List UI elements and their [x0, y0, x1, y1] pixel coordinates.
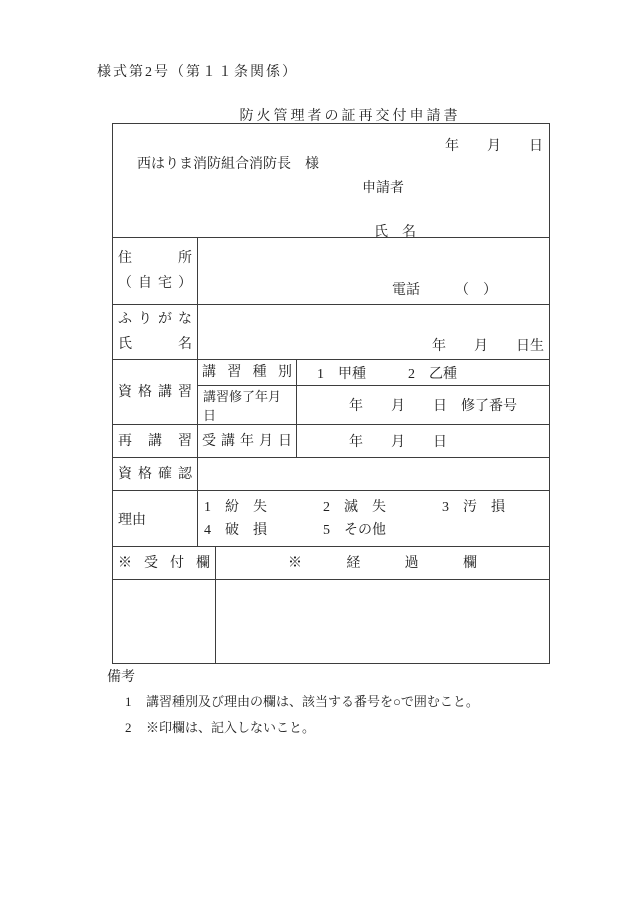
course-type-options-cell: 1 甲種 2 乙種: [297, 360, 549, 385]
course-type-row: 講習種別 1 甲種 2 乙種: [198, 360, 549, 385]
qualification-subrows: 講習種別 1 甲種 2 乙種 講習修了年月日 年 月 日 修了番号: [198, 360, 549, 424]
retraining-date-value-cell: 年 月 日: [297, 425, 549, 457]
reception-column-cell: ※受付欄: [113, 547, 216, 579]
confirmation-row: 資格確認: [113, 457, 549, 490]
address-home-label: （自宅）: [118, 271, 192, 296]
reason-row: 理由 1 紛 失 2 滅 失 3 汚 損 4 破 損 5 その他: [113, 490, 549, 546]
reason-label: 理由: [118, 509, 192, 529]
applicant-name-label: 氏 名: [374, 221, 416, 241]
address-label: 住所: [118, 246, 192, 271]
qualification-course-rows: 資格講習 講習種別 1 甲種 2 乙種 講習修了年月日 年 月: [113, 359, 549, 424]
reason-options-line1: 1 紛 失 2 滅 失 3 汚 損: [198, 496, 549, 519]
progress-column-label: ※経過欄: [216, 551, 549, 576]
course-completion-label-cell: 講習修了年月日: [198, 386, 297, 424]
progress-blank-cell: [216, 580, 549, 663]
retraining-date-label-cell: 受講年月日: [198, 425, 297, 457]
course-type-label-cell: 講習種別: [198, 360, 297, 385]
reason-options-line2: 4 破 損 5 その他: [198, 519, 549, 542]
document-title: 防火管理者の証再交付申請書: [131, 105, 569, 125]
reception-blank-cell: [113, 580, 216, 663]
reason-label-cell: 理由: [113, 491, 198, 546]
note-1-number: 1: [125, 694, 146, 710]
retraining-label: 再講習: [118, 429, 192, 454]
application-form-table: 年 月 日 西はりま消防組合消防長 様 申請者 氏 名 住所 （自宅） 電話 （…: [112, 123, 550, 664]
application-date-field: 年 月 日: [445, 135, 543, 155]
course-completion-label: 講習修了年月日: [202, 386, 292, 424]
address-input-area: 電話 （ ）: [198, 238, 549, 304]
retraining-date-field: 年 月 日: [297, 431, 549, 451]
document-page: 様式第2号（第１１条関係） 防火管理者の証再交付申請書 年 月 日 西はりま消防…: [0, 0, 630, 903]
note-2-number: 2: [125, 720, 146, 736]
reception-column-label: ※受付欄: [118, 551, 210, 576]
address-label-cell: 住所 （自宅）: [113, 238, 198, 304]
note-item-2: 2※印欄は、記入しないこと。: [125, 717, 315, 736]
furigana-label: ふりがな: [118, 307, 192, 332]
name-input-area: 年 月 日生: [198, 305, 549, 359]
progress-column-cell: ※経過欄: [216, 547, 549, 579]
note-1-text: 講習種別及び理由の欄は、該当する番号を○で囲むこと。: [146, 694, 479, 709]
course-completion-value-cell: 年 月 日 修了番号: [297, 386, 549, 424]
course-completion-date-field: 年 月 日 修了番号: [297, 395, 549, 415]
note-2-text: ※印欄は、記入しないこと。: [146, 720, 315, 735]
retraining-row: 再講習 受講年月日 年 月 日: [113, 424, 549, 457]
course-type-label: 講習種別: [202, 360, 292, 385]
form-number: 様式第2号（第１１条関係）: [97, 61, 298, 81]
name-row: ふりがな 氏名 年 月 日生: [113, 304, 549, 359]
course-completion-row: 講習修了年月日 年 月 日 修了番号: [198, 385, 549, 424]
address-row: 住所 （自宅） 電話 （ ）: [113, 237, 549, 304]
phone-field: 電話 （ ）: [198, 279, 549, 304]
course-type-options: 1 甲種 2 乙種: [297, 363, 549, 383]
confirmation-input-area: [198, 458, 549, 490]
birthdate-field: 年 月 日生: [198, 335, 549, 359]
notes-heading: 備考: [107, 666, 135, 686]
confirmation-label: 資格確認: [118, 462, 192, 487]
retraining-label-cell: 再講習: [113, 425, 198, 457]
office-use-blank-row: [113, 579, 549, 663]
retraining-date-label: 受講年月日: [202, 429, 292, 454]
qualification-label-cell: 資格講習: [113, 360, 198, 424]
office-use-header-row: ※受付欄 ※経過欄: [113, 546, 549, 579]
name-label-cell: ふりがな 氏名: [113, 305, 198, 359]
name-label: 氏名: [118, 332, 192, 357]
addressee-line: 西はりま消防組合消防長 様: [137, 153, 319, 173]
reason-options-cell: 1 紛 失 2 滅 失 3 汚 損 4 破 損 5 その他: [198, 491, 549, 546]
confirmation-label-cell: 資格確認: [113, 458, 198, 490]
note-item-1: 1講習種別及び理由の欄は、該当する番号を○で囲むこと。: [125, 691, 479, 710]
header-row: 年 月 日 西はりま消防組合消防長 様 申請者 氏 名: [113, 124, 549, 237]
qualification-course-label: 資格講習: [118, 380, 192, 405]
applicant-label: 申請者: [362, 177, 404, 197]
